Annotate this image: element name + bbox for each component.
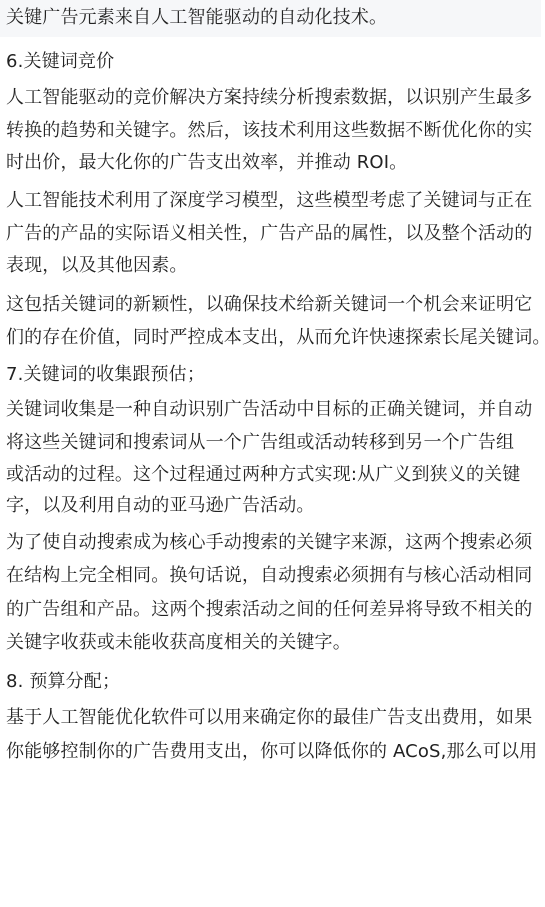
paragraph-line: 广告的产品的实际语义相关性，广告产品的属性，以及整个活动的 — [6, 223, 532, 245]
paragraph-line: 为了使自动搜索成为核心手动搜索的关键字来源，这两个搜索必须 — [6, 532, 532, 554]
section-heading-7: 7.关键词的收集跟预估； — [6, 364, 205, 386]
paragraph-line: 表现，以及其他因素。 — [6, 255, 188, 277]
paragraph-line: 字，以及利用自动的亚马逊广告活动。 — [6, 495, 315, 517]
section-heading-8: 8. 预算分配； — [6, 671, 120, 693]
paragraph-line: 将这些关键词和搜索词从一个广告组或活动转移到另一个广告组 — [6, 432, 514, 454]
paragraph-line: 关键词收集是一种自动识别广告活动中目标的正确关键词，并自动 — [6, 399, 532, 421]
paragraph-line: 或活动的过程。这个过程通过两种方式实现:从广义到狭义的关键 — [6, 464, 520, 486]
paragraph-line: 关键字收获或未能收获高度相关的关键字。 — [6, 632, 351, 654]
paragraph-line: 的广告组和产品。这两个搜索活动之间的任何差异将导致不相关的 — [6, 599, 532, 621]
paragraph-line: 这包括关键词的新颖性，以确保技术给新关键词一个机会来证明它 — [6, 294, 532, 316]
paragraph-line: 人工智能驱动的竞价解决方案持续分析搜索数据，以识别产生最多 — [6, 87, 532, 109]
paragraph-line: 人工智能技术利用了深度学习模型，这些模型考虑了关键词与正在 — [6, 190, 532, 212]
section-heading-6: 6.关键词竞价 — [6, 51, 114, 73]
paragraph-line: 们的存在价值，同时严控成本支出，从而允许快速探索长尾关键词。 — [6, 327, 545, 349]
paragraph-line: 基于人工智能优化软件可以用来确定你的最佳广告支出费用，如果 — [6, 707, 532, 729]
paragraph-line: 时出价，最大化你的广告支出效率，并推动 ROI。 — [6, 152, 407, 174]
paragraph-line: 你能够控制你的广告费用支出，你可以降低你的 ACoS,那么可以用 — [6, 741, 537, 763]
paragraph-line: 在结构上完全相同。换句话说，自动搜索必须拥有与核心活动相同 — [6, 565, 532, 587]
intro-text: 关键广告元素来自人工智能驱动的自动化技术。 — [6, 7, 387, 29]
paragraph-line: 转换的趋势和关键字。然后，该技术利用这些数据不断优化你的实 — [6, 120, 532, 142]
